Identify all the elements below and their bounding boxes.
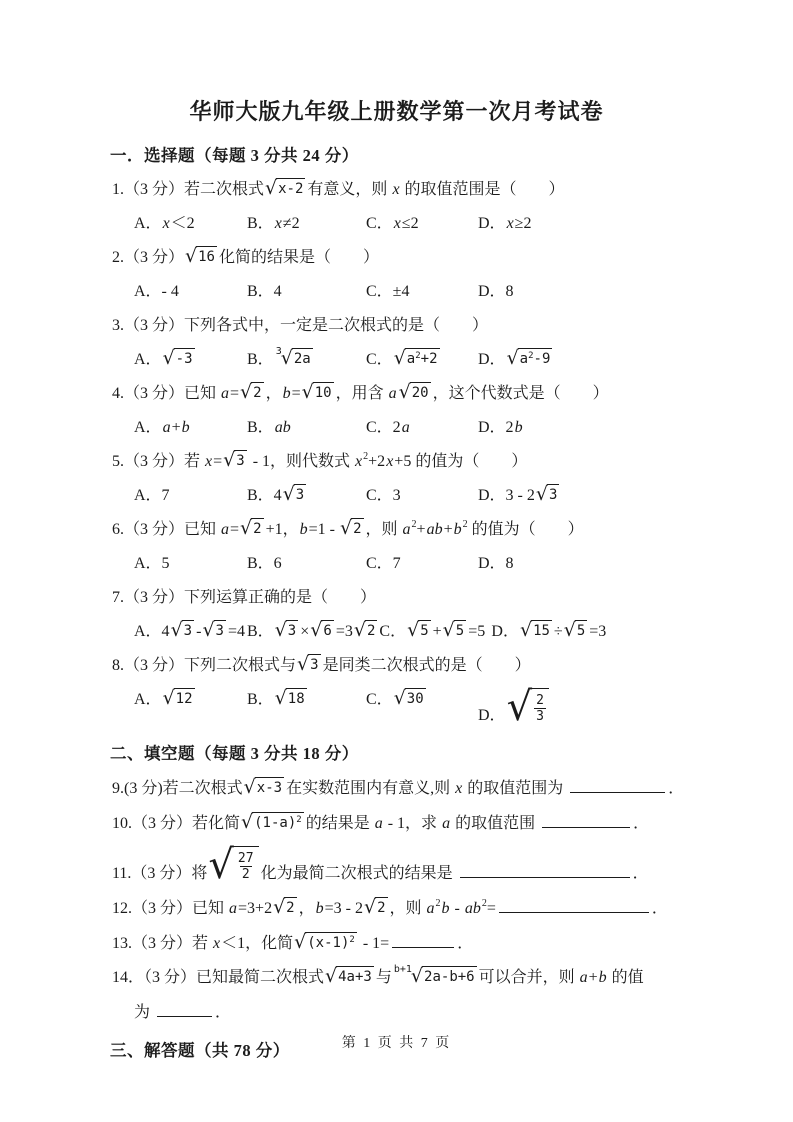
text-run: ， [266, 385, 282, 402]
radicand: 30 [405, 688, 426, 708]
math-variable: a [426, 900, 436, 917]
text-run: ＜1，化简 [221, 935, 293, 952]
sqrt-radical: √3 [283, 484, 307, 504]
text-run: +1， [266, 521, 299, 538]
text-run: = [230, 521, 239, 538]
math-variable: a [228, 900, 238, 917]
text-run: ． [457, 935, 473, 952]
option: B．√3×√6=3√2 [247, 620, 379, 644]
numerator: 27 [236, 851, 256, 866]
text-run: B．4 [247, 283, 282, 300]
radicand: 3 [234, 450, 246, 470]
fill-blank [542, 811, 630, 828]
sqrt-radical: √6 [310, 620, 334, 640]
sqrt-radical: √-3 [163, 348, 195, 368]
text-run: + [433, 623, 442, 640]
fill-blank [499, 896, 649, 913]
text-run: ． [652, 900, 668, 917]
text-run: =3 [589, 623, 606, 640]
math-variable: b [282, 385, 292, 402]
text-run: C．±4 [366, 283, 409, 300]
text-run: 10.（3 分）若化简 [112, 815, 240, 832]
section-heading: 一．选择题（每题 3 分共 24 分） [110, 142, 693, 166]
option: A．x＜2 [134, 212, 247, 236]
question-line: 5.（3 分）若 x=√3 - 1，则代数式 x2+2x+5 的值为（ ） [112, 450, 693, 474]
question-line: 9.(3 分)若二次根式√x-3在实数范围内有意义,则 x 的取值范围为 ． [112, 776, 693, 801]
superscript: 2 [296, 815, 301, 825]
sqrt-radical: √10 [302, 382, 334, 402]
text-run: C． [366, 351, 393, 368]
sqrt-radical: √a2-9 [507, 348, 553, 368]
math-variable: b [441, 900, 451, 917]
sqrt-radical: √18 [275, 688, 307, 708]
text-run: ，这个代数式是（ ） [433, 385, 609, 402]
text-run: ， [299, 900, 315, 917]
option: B．ab [247, 416, 366, 440]
text-run: ，则 [390, 900, 426, 917]
radicand: 5 [575, 620, 587, 640]
question: 1.（3 分）若二次根式√x-2有意义，则 x 的取值范围是（ ）A．x＜2B．… [100, 178, 693, 236]
math-variable: b [453, 521, 463, 538]
text-run: D． [491, 623, 519, 640]
text-run: 的值为（ ） [468, 521, 584, 538]
options-row: A．5B．6C．7D．8 [134, 552, 693, 576]
text-run: B． [247, 419, 274, 436]
options-row: A．x＜2B．x≠2C．x≤2D．x≥2 [134, 212, 693, 236]
sqrt-radical: √(x-1)2 [294, 932, 357, 952]
radical-sign: √ [507, 688, 533, 726]
question: 3.（3 分）下列各式中，一定是二次根式的是（ ）A．√-3B．3√2aC．√a… [100, 314, 693, 372]
option: D．3 - 2√3 [478, 484, 693, 508]
text-run: D．8 [478, 555, 514, 572]
text-run: = [213, 453, 222, 470]
option: B．√18 [247, 688, 366, 712]
option: C．2a [366, 416, 478, 440]
option: A．√-3 [134, 348, 247, 372]
text-run: - [451, 900, 464, 917]
math-variable: a [374, 815, 384, 832]
question: 2.（3 分）√16化简的结果是（ ）A．- 4B．4C．±4D．8 [100, 246, 693, 304]
text-run: + [444, 521, 453, 538]
radicand: x-2 [276, 178, 305, 198]
option: D．8 [478, 280, 693, 304]
text-run: 4.（3 分）已知 [112, 385, 220, 402]
option: D．√15÷√5=3 [491, 620, 693, 644]
option: B．4√3 [247, 484, 366, 508]
math-variable: a [220, 385, 230, 402]
text-run: ÷ [554, 623, 563, 640]
radicand: 2a [292, 348, 313, 368]
text-run: 在实数范围内有意义,则 [286, 780, 454, 797]
option: C．x≤2 [366, 212, 478, 236]
question-line: 14．（3 分）已知最简二次根式√4a+3与b+1√2a-b+6可以合并，则 a… [112, 966, 693, 990]
options-row: A．√12B．√18C．√30D．√23 [134, 688, 693, 728]
text-run: ，则 [366, 521, 402, 538]
sqrt-radical: √3 [202, 620, 226, 640]
question-line: 3.（3 分）下列各式中，一定是二次根式的是（ ） [112, 314, 693, 338]
question: 4.（3 分）已知 a=√2，b=√10，用含 a√20，这个代数式是（ ）A．… [100, 382, 693, 440]
text-run: (x-1) [307, 935, 349, 951]
superscript: 2 [436, 898, 441, 909]
math-variable: a [401, 419, 411, 436]
text-run: C． [366, 215, 393, 232]
text-run: A．7 [134, 487, 170, 504]
math-variable: x [204, 453, 213, 470]
option: C．√5+√5=5 [379, 620, 491, 644]
question: 13.（3 分）若 x＜1，化简√(x-1)2 - 1=． [100, 931, 693, 956]
text-run: 化为最简二次根式的结果是 [261, 865, 457, 882]
text-run: ≥2 [515, 215, 532, 232]
math-variable: x [393, 215, 402, 232]
radicand: 2 [351, 518, 363, 538]
math-variable: a [162, 419, 172, 436]
text-run: D． [478, 215, 506, 232]
math-variable: b [181, 419, 191, 436]
page-footer: 第 1 页 共 7 页 [0, 1032, 793, 1052]
radicand: 20 [410, 382, 431, 402]
text-run: ＜2 [171, 215, 195, 232]
radicand: 6 [321, 620, 333, 640]
text-run: =1 - [309, 521, 339, 538]
sqrt-radical: √23 [507, 688, 549, 726]
question: 9.(3 分)若二次根式√x-3在实数范围内有意义,则 x 的取值范围为 ． [100, 776, 693, 801]
sqrt-radical: √5 [443, 620, 467, 640]
text-run: A． [134, 351, 162, 368]
text-run: =3+2 [238, 900, 272, 917]
exam-page: 华师大版九年级上册数学第一次月考试卷 一．选择题（每题 3 分共 24 分）1.… [0, 0, 793, 1122]
question-line: 10.（3 分）若化简√(1-a)2的结果是 a - 1，求 a 的取值范围 ． [112, 811, 693, 836]
radicand: 3 [294, 484, 306, 504]
text-run: 2.（3 分） [112, 249, 184, 266]
radicand: 12 [174, 688, 195, 708]
sqrt-radical: √3 [275, 620, 299, 640]
text-run: D．8 [478, 283, 514, 300]
text-run: - 1，求 [384, 815, 441, 832]
radicand: 3 [286, 620, 298, 640]
radicand: 2 [375, 897, 387, 917]
sqrt-radical: √2a-b+6 [411, 966, 477, 986]
radicand: 2 [251, 382, 263, 402]
text-run: A．5 [134, 555, 170, 572]
option: D．8 [478, 552, 693, 576]
text-run: (1-a) [254, 815, 296, 831]
text-run: B． [247, 215, 274, 232]
text-run: C． [366, 691, 393, 708]
denominator: 3 [534, 708, 546, 724]
text-run: 11.（3 分）将 [112, 865, 207, 882]
math-variable: x [454, 780, 463, 797]
sqrt-radical: √3 [223, 450, 247, 470]
radicand: 15 [531, 620, 552, 640]
text-run: A． [134, 419, 162, 436]
radicand: 5 [454, 620, 466, 640]
sqrt-radical: √3 [171, 620, 195, 640]
fill-blank [157, 1000, 212, 1017]
text-run: =3 - 2 [325, 900, 363, 917]
question-line: 8.（3 分）下列二次根式与√3是同类二次根式的是（ ） [112, 654, 693, 678]
text-run: 12.（3 分）已知 [112, 900, 228, 917]
sqrt-radical: √16 [185, 246, 217, 266]
text-run: = [292, 385, 301, 402]
question: 5.（3 分）若 x=√3 - 1，则代数式 x2+2x+5 的值为（ ）A．7… [100, 450, 693, 508]
question-line: 7.（3 分）下列运算正确的是（ ） [112, 586, 693, 610]
text-run: =3 [336, 623, 353, 640]
math-variable: a [220, 521, 230, 538]
radicand: 2 [251, 518, 263, 538]
option: D．x≥2 [478, 212, 693, 236]
text-run: D． [478, 351, 506, 368]
option: C．3 [366, 484, 478, 508]
fraction: 272 [236, 851, 256, 882]
radicand: 4a+3 [336, 966, 374, 986]
question-line: 6.（3 分）已知 a=√2+1，b=1 - √2，则 a2+ab+b2 的值为… [112, 518, 693, 542]
text-run: A．- 4 [134, 283, 179, 300]
math-variable: b [315, 900, 325, 917]
radicand: a2-9 [518, 348, 553, 368]
question: 10.（3 分）若化简√(1-a)2的结果是 a - 1，求 a 的取值范围 ． [100, 811, 693, 836]
radicand: 3 [182, 620, 194, 640]
radicand: 2a-b+6 [422, 966, 477, 986]
radicand: 23 [531, 688, 549, 724]
math-variable: x [274, 215, 283, 232]
text-run: + [172, 419, 181, 436]
text-run: 6.（3 分）已知 [112, 521, 220, 538]
sqrt-radical: √15 [520, 620, 552, 640]
text-run: + [417, 521, 426, 538]
text-run: + [589, 969, 598, 986]
option: C．±4 [366, 280, 478, 304]
question-line: 1.（3 分）若二次根式√x-2有意义，则 x 的取值范围是（ ） [112, 178, 693, 202]
text-run: B． [247, 623, 274, 640]
option: A．4√3-√3=4 [134, 620, 247, 644]
text-run: D． [478, 707, 506, 724]
text-run: +2 [421, 351, 438, 367]
option: C．7 [366, 552, 478, 576]
radicand: 3 [547, 484, 559, 504]
text-run: ≠2 [283, 215, 300, 232]
text-run: = [487, 900, 496, 917]
text-run: A．4 [134, 623, 170, 640]
text-run: = [230, 385, 239, 402]
option: A．- 4 [134, 280, 247, 304]
math-variable: x [212, 935, 221, 952]
text-run: 1.（3 分）若二次根式 [112, 181, 264, 198]
question: 14．（3 分）已知最简二次根式√4a+3与b+1√2a-b+6可以合并，则 a… [100, 966, 693, 1025]
text-run: =4 [228, 623, 245, 640]
option: A．7 [134, 484, 247, 508]
numerator: 2 [534, 693, 546, 708]
text-run: =5 [468, 623, 485, 640]
math-variable: ab [426, 521, 444, 538]
text-run: a [407, 351, 415, 367]
radicand: 2 [365, 620, 377, 640]
text-run: 14．（3 分）已知最简二次根式 [112, 969, 324, 986]
text-run: 是同类二次根式的是（ ） [323, 657, 531, 674]
text-run: 7.（3 分）下列运算正确的是（ ） [112, 589, 376, 606]
sqrt-radical: √12 [163, 688, 195, 708]
text-run: D．3 - 2 [478, 487, 535, 504]
question-line: 13.（3 分）若 x＜1，化简√(x-1)2 - 1=． [112, 931, 693, 956]
radicand: x-3 [255, 777, 284, 797]
sqrt-radical: √272 [208, 846, 258, 884]
math-variable: ab [464, 900, 482, 917]
radicand: -3 [174, 348, 195, 368]
question-line: 12.（3 分）已知 a=3+2√2，b=3 - 2√2，则 a2b - ab2… [112, 896, 693, 921]
sqrt-radical: √4a+3 [325, 966, 374, 986]
page-title: 华师大版九年级上册数学第一次月考试卷 [0, 0, 793, 126]
math-variable: b [299, 521, 309, 538]
radicand: (x-1)2 [305, 932, 357, 952]
sqrt-radical: √x-3 [244, 777, 284, 797]
options-row: A．7B．4√3C．3D．3 - 2√3 [134, 484, 693, 508]
sqrt-radical: √2a [281, 348, 313, 368]
math-variable: x [391, 181, 400, 198]
sqrt-radical: √5 [407, 620, 431, 640]
text-run: ． [633, 815, 649, 832]
text-run: -9 [534, 351, 551, 367]
text-run: 为 [134, 1004, 154, 1021]
text-run: ，用含 [336, 385, 388, 402]
text-run: 化简的结果是（ ） [219, 249, 379, 266]
text-run: ≤2 [402, 215, 419, 232]
math-variable: b [514, 419, 524, 436]
radicand: 3 [214, 620, 226, 640]
question-line: 4.（3 分）已知 a=√2，b=√10，用含 a√20，这个代数式是（ ） [112, 382, 693, 406]
fill-blank [392, 931, 454, 948]
text-run: a [520, 351, 528, 367]
math-variable: a [402, 521, 412, 538]
radicand: 3 [308, 654, 320, 674]
fill-blank [570, 776, 665, 793]
text-run: 9.(3 分)若二次根式 [112, 780, 243, 797]
radical-sign: √ [208, 846, 234, 884]
text-run: C．2 [366, 419, 401, 436]
question: 11.（3 分）将√272化为最简二次根式的结果是 ． [100, 846, 693, 886]
option: A．√12 [134, 688, 247, 712]
text-run: B．4 [247, 487, 282, 504]
fraction: 23 [534, 693, 546, 724]
math-variable: x [354, 453, 363, 470]
text-run: 5.（3 分）若 [112, 453, 204, 470]
radical-index: b+1 [394, 964, 412, 975]
sqrt-radical: √2 [273, 897, 297, 917]
text-run: 可以合并，则 [479, 969, 579, 986]
options-row: A．- 4B．4C．±4D．8 [134, 280, 693, 304]
option: C．√a2+2 [366, 348, 478, 372]
radicand: 10 [313, 382, 334, 402]
option: B．4 [247, 280, 366, 304]
sqrt-radical: √2 [354, 620, 378, 640]
question-line: 11.（3 分）将√272化为最简二次根式的结果是 ． [112, 846, 693, 886]
option: B．3√2a [247, 348, 366, 372]
text-run: B． [247, 351, 274, 368]
sqrt-radical: √3 [297, 654, 321, 674]
text-run: +5 的值为（ ） [394, 453, 527, 470]
radicand: 16 [196, 246, 217, 266]
question-line: 为 ． [134, 1000, 693, 1025]
text-run: - 1，则代数式 [249, 453, 354, 470]
sqrt-radical: √x-2 [265, 178, 305, 198]
sqrt-radical: √2 [240, 382, 264, 402]
fill-blank [460, 861, 630, 878]
options-row: A．a+bB．abC．2aD．2b [134, 416, 693, 440]
text-run: ． [668, 780, 684, 797]
math-variable: a [579, 969, 589, 986]
text-run: - [196, 623, 201, 640]
options-row: A．√-3B．3√2aC．√a2+2D．√a2-9 [134, 348, 693, 372]
math-variable: a [441, 815, 451, 832]
text-run: 的结果是 [306, 815, 374, 832]
math-variable: b [598, 969, 608, 986]
option: D．√23 [478, 688, 693, 728]
radicand: 272 [233, 846, 259, 882]
text-run: 的取值范围 [451, 815, 539, 832]
text-run: B． [247, 691, 274, 708]
option: B．x≠2 [247, 212, 366, 236]
sqrt-radical: √3 [536, 484, 560, 504]
text-run: 3.（3 分）下列各式中，一定是二次根式的是（ ） [112, 317, 488, 334]
text-run: A． [134, 215, 162, 232]
radicand: (1-a)2 [252, 812, 304, 832]
text-run: C． [379, 623, 406, 640]
math-variable: x [385, 453, 394, 470]
question: 7.（3 分）下列运算正确的是（ ）A．4√3-√3=4B．√3×√6=3√2C… [100, 586, 693, 644]
option: D．2b [478, 416, 693, 440]
text-run: × [300, 623, 309, 640]
text-run: A． [134, 691, 162, 708]
text-run: 的取值范围为 [463, 780, 567, 797]
math-variable: x [162, 215, 171, 232]
radicand: 5 [418, 620, 430, 640]
sqrt-radical: √2 [240, 518, 264, 538]
text-run: 8.（3 分）下列二次根式与 [112, 657, 296, 674]
radicand: 18 [286, 688, 307, 708]
text-run: C．7 [366, 555, 401, 572]
text-run: 与 [376, 969, 392, 986]
option: D．√a2-9 [478, 348, 693, 372]
sqrt-radical: √2 [340, 518, 364, 538]
sqrt-radical: √2 [364, 897, 388, 917]
question: 6.（3 分）已知 a=√2+1，b=1 - √2，则 a2+ab+b2 的值为… [100, 518, 693, 576]
option: A．5 [134, 552, 247, 576]
exam-body: 一．选择题（每题 3 分共 24 分）1.（3 分）若二次根式√x-2有意义，则… [100, 142, 693, 1061]
question: 12.（3 分）已知 a=3+2√2，b=3 - 2√2，则 a2b - ab2… [100, 896, 693, 921]
text-run: +2 [368, 453, 385, 470]
text-run: 13.（3 分）若 [112, 935, 212, 952]
section-heading: 二、填空题（每题 3 分共 18 分） [110, 740, 693, 764]
math-variable: a [388, 385, 398, 402]
radicand: a2+2 [405, 348, 440, 368]
sqrt-radical: √30 [394, 688, 426, 708]
text-run: C．3 [366, 487, 401, 504]
text-run: 有意义，则 [307, 181, 391, 198]
option: A．a+b [134, 416, 247, 440]
sqrt-radical: √20 [399, 382, 431, 402]
text-run: - 1= [359, 935, 389, 952]
text-run: B．6 [247, 555, 282, 572]
math-variable: x [506, 215, 515, 232]
sqrt-radical: √(1-a)2 [241, 812, 304, 832]
text-run: D．2 [478, 419, 514, 436]
question-line: 2.（3 分）√16化简的结果是（ ） [112, 246, 693, 270]
question: 8.（3 分）下列二次根式与√3是同类二次根式的是（ ）A．√12B．√18C．… [100, 654, 693, 728]
text-run: 的取值范围是（ ） [401, 181, 565, 198]
text-run: 的值 [608, 969, 644, 986]
denominator: 2 [240, 866, 252, 882]
option: B．6 [247, 552, 366, 576]
text-run: ． [633, 865, 649, 882]
option: C．√30 [366, 688, 478, 712]
